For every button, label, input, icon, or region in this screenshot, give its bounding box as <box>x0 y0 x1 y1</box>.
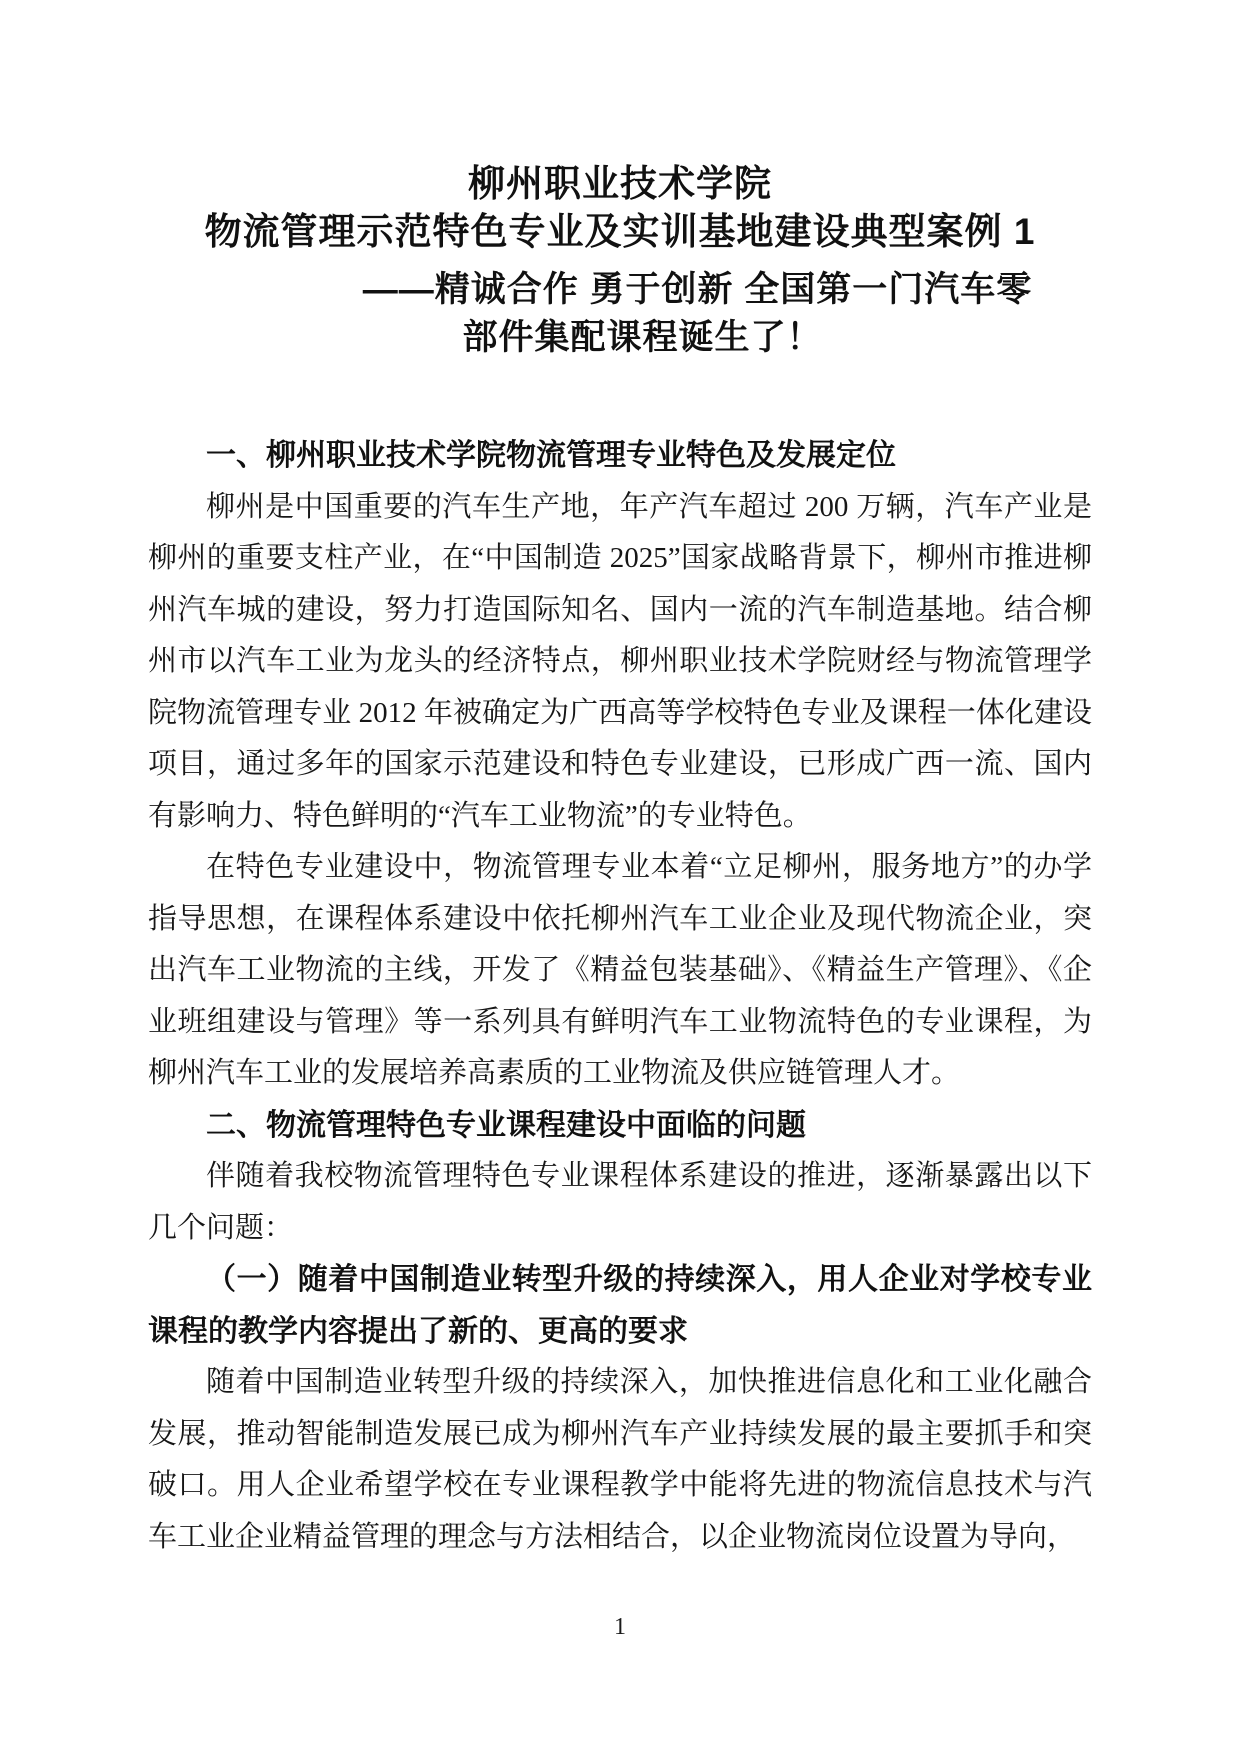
document-page: 柳州职业技术学院 物流管理示范特色专业及实训基地建设典型案例 1 ——精诚合作 … <box>0 0 1240 1754</box>
document-title-line-2: 物流管理示范特色专业及实训基地建设典型案例 1 <box>0 208 1240 256</box>
page-number: 1 <box>614 1614 626 1640</box>
document-subtitle: ——精诚合作 勇于创新 全国第一门汽车零 部件集配课程诞生了！ <box>0 266 1240 362</box>
section-2-subheading-1: （一）随着中国制造业转型升级的持续深入，用人企业对学校专业课程的教学内容提出了新… <box>148 1254 1092 1357</box>
document-subtitle-line-1: ——精诚合作 勇于创新 全国第一门汽车零 <box>0 266 1240 314</box>
section-2-sub1-paragraph-1: 随着中国制造业转型升级的持续深入，加快推进信息化和工业化融合发展，推动智能制造发… <box>148 1357 1092 1563</box>
document-header: 柳州职业技术学院 物流管理示范特色专业及实训基地建设典型案例 1 ——精诚合作 … <box>0 0 1240 362</box>
page-footer: 1 <box>0 1614 1240 1641</box>
section-1-paragraph-1: 柳州是中国重要的汽车生产地，年产汽车超过 200 万辆，汽车产业是柳州的重要支柱… <box>148 482 1092 843</box>
section-1-heading: 一、柳州职业技术学院物流管理专业特色及发展定位 <box>148 430 1092 482</box>
section-2-paragraph-1: 伴随着我校物流管理特色专业课程体系建设的推进，逐渐暴露出以下几个问题： <box>148 1151 1092 1254</box>
document-title-line-1: 柳州职业技术学院 <box>0 160 1240 208</box>
document-subtitle-line-2: 部件集配课程诞生了！ <box>0 314 1240 362</box>
section-1-paragraph-2: 在特色专业建设中，物流管理专业本着“立足柳州，服务地方”的办学指导思想，在课程体… <box>148 842 1092 1100</box>
document-body: 一、柳州职业技术学院物流管理专业特色及发展定位 柳州是中国重要的汽车生产地，年产… <box>148 430 1092 1563</box>
section-2-heading: 二、物流管理特色专业课程建设中面临的问题 <box>148 1100 1092 1152</box>
